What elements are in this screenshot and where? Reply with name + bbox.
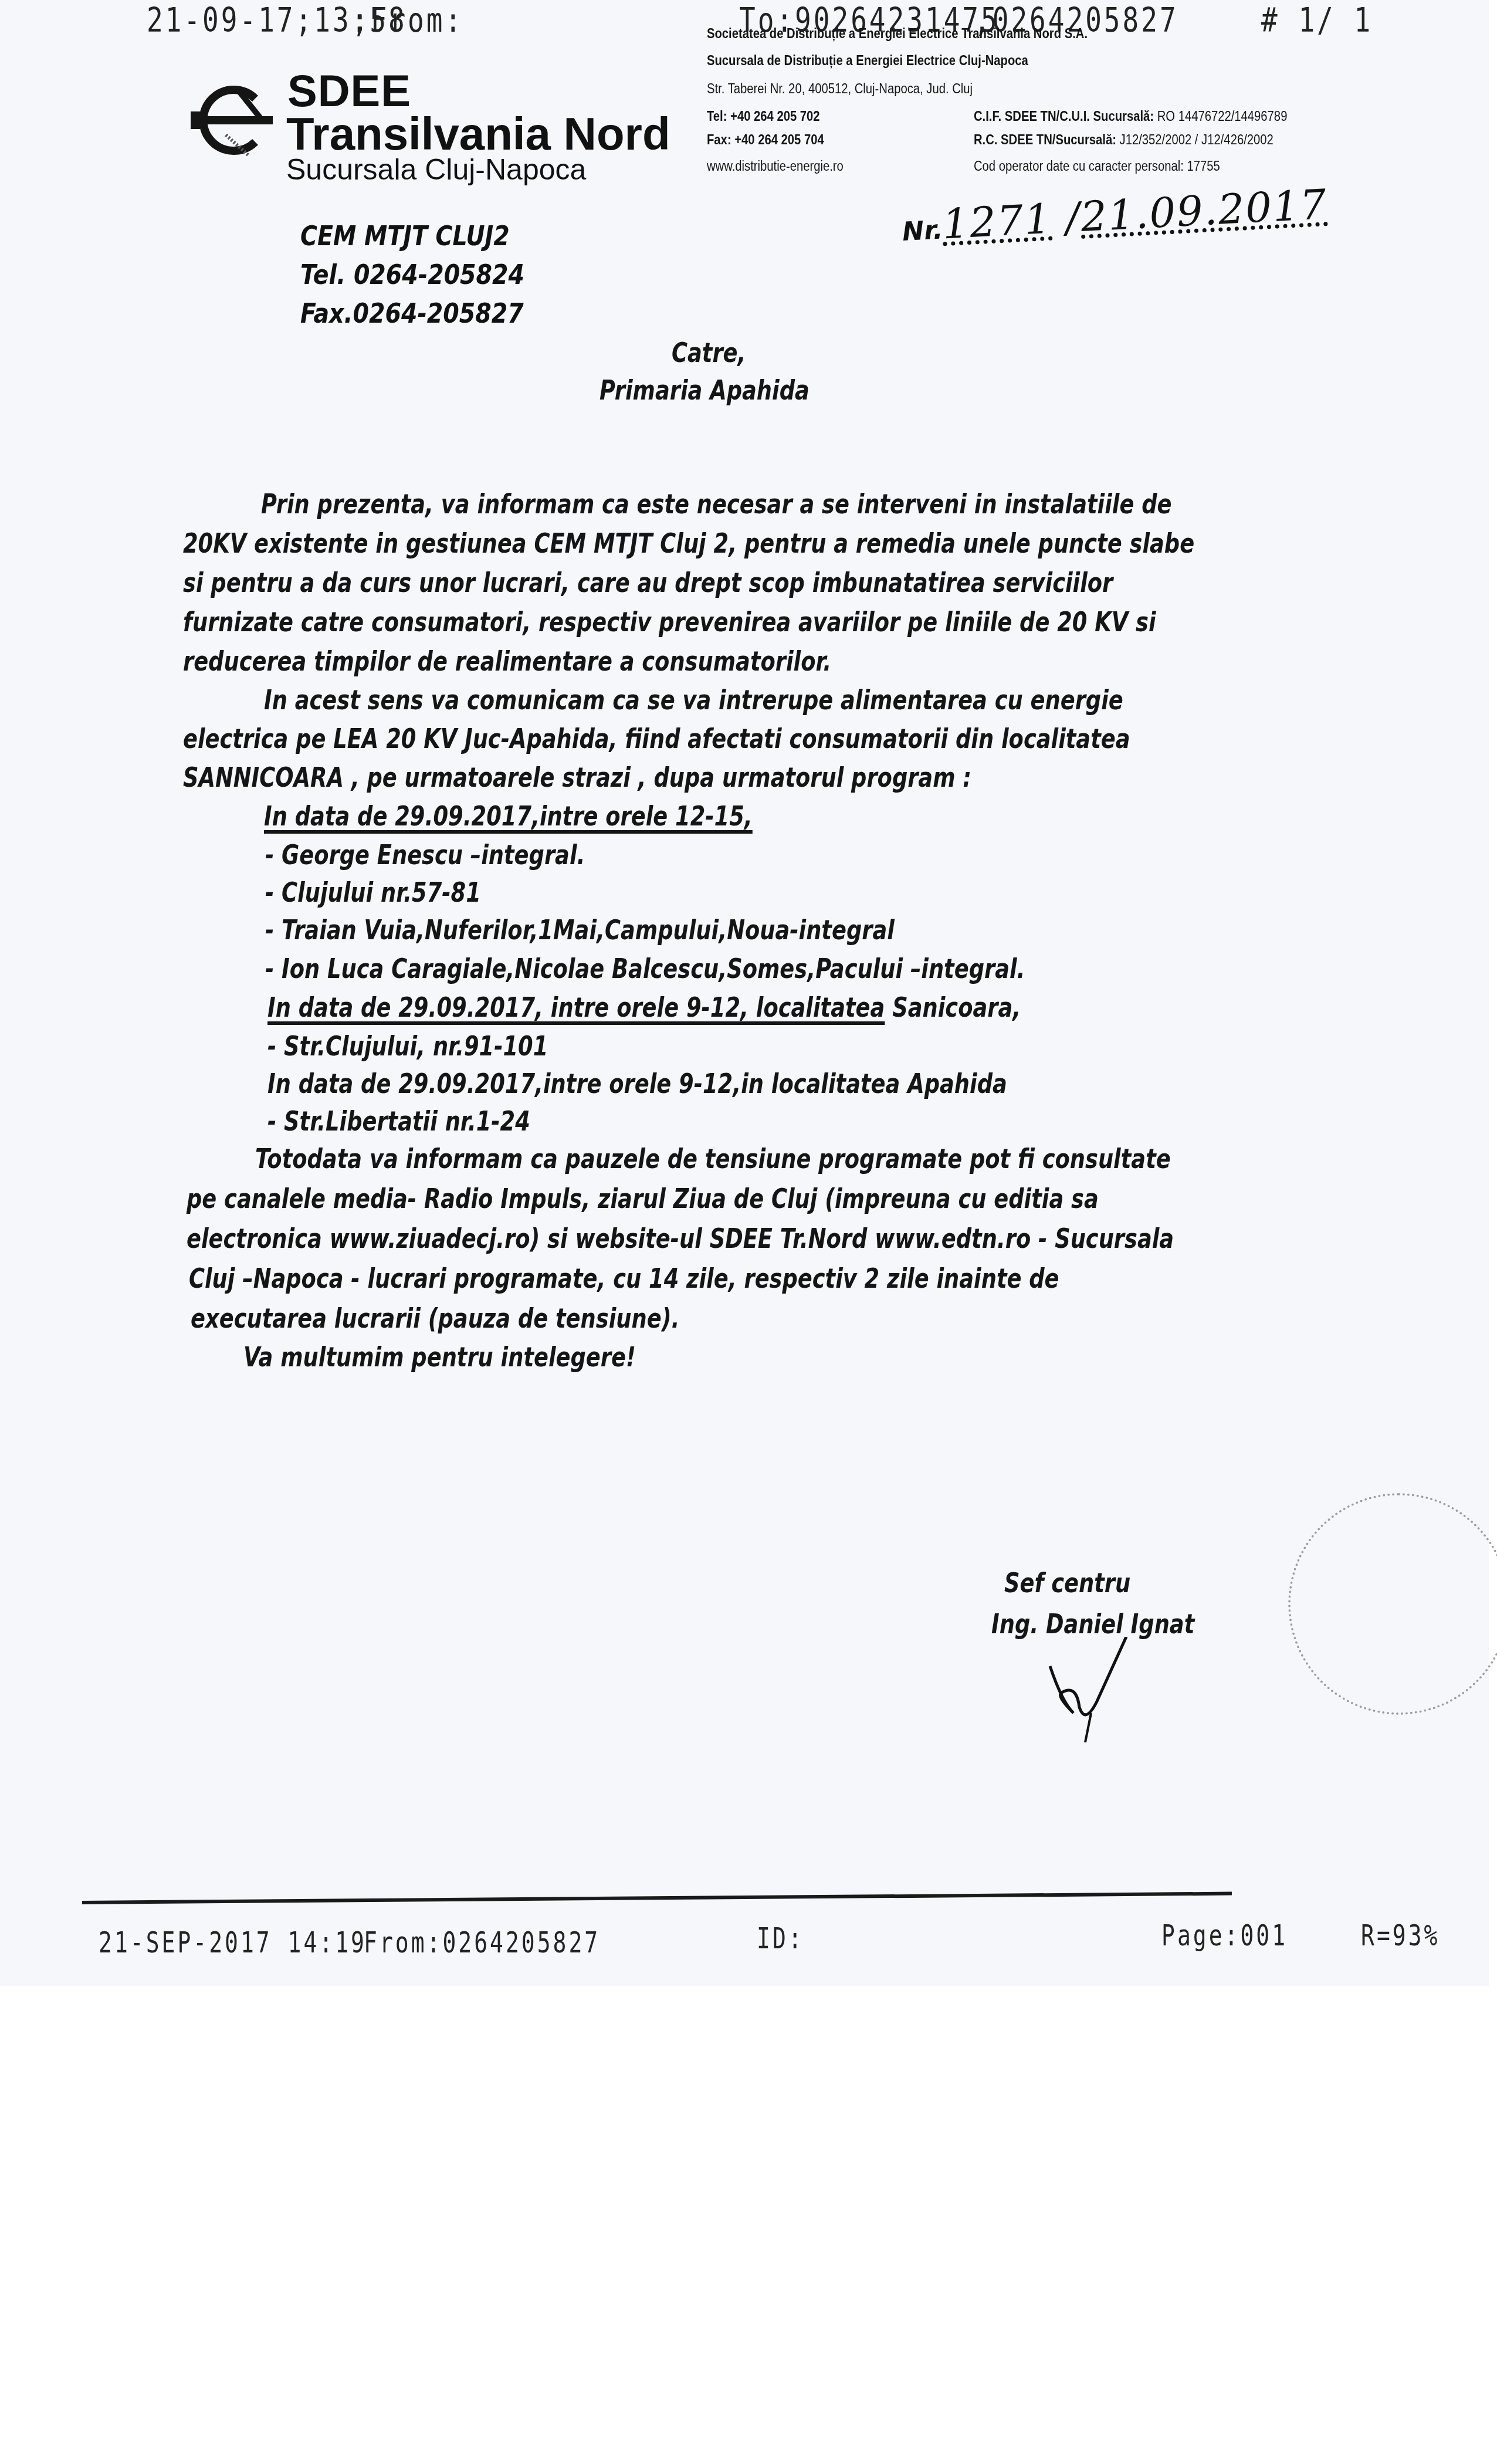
p3-line-5: executarea lucrarii (pauza de tensiune). <box>191 1299 679 1338</box>
fax-footer-id: ID: <box>757 1921 804 1955</box>
p2-line-1: In acest sens va comunicam ca se va intr… <box>264 681 1123 719</box>
company-name: Societatea de Distribuție a Energiei Ele… <box>707 26 1088 41</box>
operator-code: Cod operator date cu caracter personal: … <box>974 158 1220 174</box>
p3-line-2: pe canalele media- Radio Impuls, ziarul … <box>187 1179 1099 1218</box>
sender-fax: Fax.0264-205827 <box>300 295 524 333</box>
p3-line-1: Totodata va informam ca pauzele de tensi… <box>255 1139 1171 1178</box>
schedule-2-heading-underlined: In data de 29.09.2017, intre orele 9-12,… <box>267 991 885 1023</box>
signature-title: Sef centru <box>1004 1563 1130 1602</box>
schedule-3-street-1: - Str.Libertatii nr.1-24 <box>267 1102 530 1140</box>
closing: Va multumim pentru intelegere! <box>243 1338 636 1376</box>
sdee-logo-icon <box>191 82 273 158</box>
p1-line-5: reducerea timpilor de realimentare a con… <box>183 642 831 681</box>
fax-header-from: ;From: <box>352 0 463 40</box>
official-stamp <box>1288 1493 1497 1715</box>
recipient-name: Primaria Apahida <box>600 371 810 409</box>
p1-line-2: 20KV existente in gestiunea CEM MTJT Clu… <box>183 524 1194 563</box>
company-tel: Tel: +40 264 205 702 <box>707 109 820 124</box>
schedule-2-heading: In data de 29.09.2017, intre orele 9-12,… <box>267 988 1021 1027</box>
schedule-2-heading-locality: Sanicoara, <box>885 991 1021 1023</box>
schedule-1-street-4: - Ion Luca Caragiale,Nicolae Balcescu,So… <box>265 949 1025 988</box>
company-website: www.distributie-energie.ro <box>707 158 844 174</box>
p2-line-3: SANNICOARA , pe urmatoarele strazi , dup… <box>183 758 971 797</box>
logo-branch: Sucursala Cluj-Napoca <box>286 154 586 185</box>
schedule-1-street-2: - Clujului nr.57-81 <box>265 873 481 912</box>
p3-line-3: electronica www.ziuadecj.ro) si website-… <box>187 1219 1174 1258</box>
p1-line-1: Prin prezenta, va informam ca este neces… <box>261 485 1172 523</box>
logo-transilvania-nord: Transilvania Nord <box>286 110 670 157</box>
p1-line-4: furnizate catre consumatori, respectiv p… <box>183 603 1156 641</box>
fax-footer-from: From:0264205827 <box>364 1925 600 1959</box>
schedule-1-street-1: - George Enescu –integral. <box>265 835 585 874</box>
salutation: Catre, <box>672 333 746 372</box>
sender-tel: Tel. 0264-205824 <box>300 256 524 295</box>
schedule-1-heading: In data de 29.09.2017,intre orele 12-15, <box>264 797 753 835</box>
cif-value: RO 14476722/14496789 <box>1157 109 1288 124</box>
p3-line-4: Cluj –Napoca - lucrari programate, cu 14… <box>189 1259 1059 1298</box>
registration-no: 1271 <box>941 195 1053 249</box>
handwritten-signature-icon <box>1044 1637 1138 1742</box>
fax-footer-resolution: R=93% <box>1361 1918 1440 1952</box>
rc-label: R.C. SDEE TN/Sucursală: <box>974 132 1116 147</box>
schedule-3-heading: In data de 29.09.2017,intre orele 9-12,i… <box>267 1064 1007 1103</box>
p2-line-2: electrica pe LEA 20 KV Juc-Apahida, fiin… <box>183 719 1130 758</box>
logo-sdee: SDEE <box>287 69 411 114</box>
rc-value: J12/352/2002 / J12/426/2002 <box>1120 132 1274 147</box>
fax-footer-timestamp: 21-SEP-2017 14:19 <box>99 1925 367 1959</box>
schedule-2-street-1: - Str.Clujului, nr.91-101 <box>267 1027 548 1065</box>
schedule-1-street-3: - Traian Vuia,Nuferilor,1Mai,Campului,No… <box>265 911 895 949</box>
company-fax: Fax: +40 264 205 704 <box>707 132 824 147</box>
company-address: Str. Taberei Nr. 20, 400512, Cluj-Napoca… <box>707 81 973 96</box>
fax-footer-page: Page:001 <box>1161 1918 1288 1952</box>
p1-line-3: si pentru a da curs unor lucrari, care a… <box>183 563 1113 602</box>
cif-label: C.I.F. SDEE TN/C.U.I. Sucursală: <box>974 109 1154 124</box>
sender-unit: CEM MTJT CLUJ2 <box>300 217 510 256</box>
company-branch: Sucursala de Distribuție a Energiei Elec… <box>707 53 1028 68</box>
fax-header-page-marker: # 1/ 1 <box>1261 0 1373 40</box>
registration-label: Nr. <box>902 215 944 247</box>
